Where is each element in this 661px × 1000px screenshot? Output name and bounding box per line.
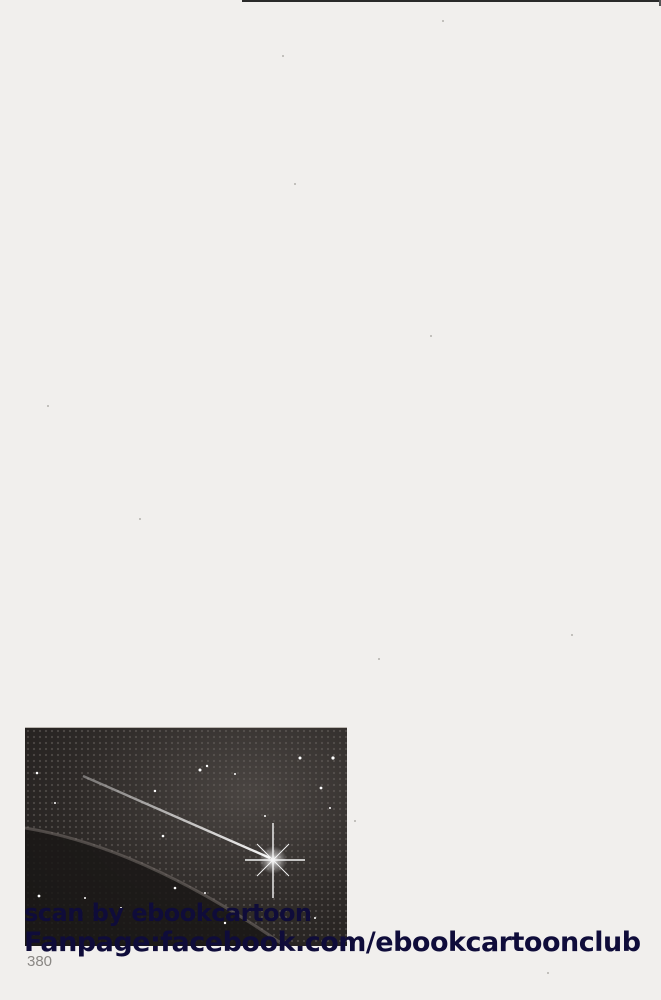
paper-speck — [547, 972, 549, 974]
paper-speck — [47, 405, 49, 407]
paper-speck — [354, 820, 356, 822]
paper-speck — [442, 20, 444, 22]
paper-speck — [571, 634, 573, 636]
page-top-border — [242, 0, 661, 2]
paper-speck — [430, 335, 432, 337]
manga-page: scan by ebookcartoon Fanpage:facebook.co… — [0, 0, 661, 1000]
paper-speck — [139, 518, 141, 520]
paper-speck — [294, 183, 296, 185]
paper-speck — [378, 658, 380, 660]
paper-speck — [282, 55, 284, 57]
watermark-scan-credit: scan by ebookcartoon — [24, 899, 312, 927]
watermark-fanpage: Fanpage:facebook.com/ebookcartoonclub — [24, 927, 641, 958]
page-number: 380 — [27, 953, 52, 970]
